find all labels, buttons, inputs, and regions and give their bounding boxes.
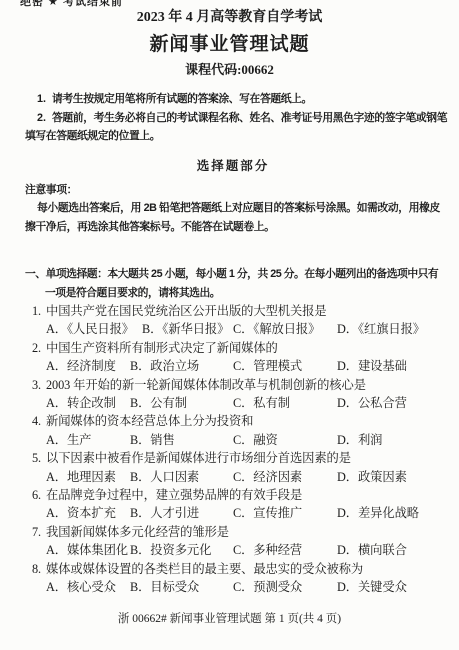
option-b: B．销售 bbox=[130, 431, 233, 449]
instruction-text: 请考生按规定用笔将所有试题的答案涂、写在答题纸上。 bbox=[52, 93, 312, 105]
option-c: C．预测受众 bbox=[233, 578, 337, 596]
course-code: 课程代码:00662 bbox=[0, 61, 459, 79]
option-d: D．横向联合 bbox=[337, 541, 441, 559]
question-item-5: 5.以下因素中被看作是新闻媒体进行市场细分首选因素的是 A．地理因素 B．人口因… bbox=[25, 449, 441, 486]
option-b: B．投资多元化 bbox=[130, 541, 233, 559]
instruction-text: 答题前，考生务必将自己的考试课程名称、姓名、准考证号用黑色字迹的签字笔或钢笔 bbox=[52, 112, 447, 124]
question-text: 2003 年开始的新一轮新闻媒体体制改革与机制创新的核心是 bbox=[46, 378, 366, 392]
notice-text-cont: 擦干净后，再选涂其他答案标号。不能答在试题卷上。 bbox=[25, 218, 441, 237]
question-text: 在品牌竞争过程中，建立强势品牌的有效手段是 bbox=[46, 488, 302, 502]
question-number: 1. bbox=[32, 302, 46, 320]
question-text: 中国生产资料所有制形式决定了新闻媒体的 bbox=[46, 341, 278, 355]
part-one-heading: 一、单项选择题：本大题共 25 小题，每小题 1 分，共 25 分。在每小题列出… bbox=[25, 265, 441, 302]
option-a: A．转企改制 bbox=[46, 394, 130, 412]
option-b: B．目标受众 bbox=[130, 578, 233, 596]
option-d: D．《红旗日报》 bbox=[337, 320, 441, 338]
option-b: B．人口因素 bbox=[130, 468, 233, 486]
question-text: 中国共产党在国民党统治区公开出版的大型机关报是 bbox=[46, 304, 327, 318]
option-d: D．政策因素 bbox=[337, 468, 441, 486]
instruction-item-1: 1.请考生按规定用笔将所有试题的答案涂、写在答题纸上。 bbox=[37, 90, 441, 109]
option-c: C．私有制 bbox=[233, 394, 337, 412]
options-row: A．经济制度 B．政治立场 C．管理模式 D．建设基础 bbox=[46, 357, 441, 375]
page-footer: 浙 00662# 新闻事业管理试题 第 1 页(共 4 页) bbox=[0, 611, 459, 627]
options-row: A．转企改制 B．公有制 C．私有制 D．公私合营 bbox=[46, 394, 441, 412]
question-text: 新闻媒体的资本经营总体上分为投资和 bbox=[46, 414, 253, 428]
options-row: A．生产 B．销售 C．融资 D．利润 bbox=[46, 431, 441, 449]
general-instructions: 1.请考生按规定用笔将所有试题的答案涂、写在答题纸上。 2.答题前，考生务必将自… bbox=[25, 90, 441, 146]
classification-banner: 绝密 ★ 考试结束前 bbox=[20, 0, 123, 9]
option-d: D．利润 bbox=[337, 431, 441, 449]
question-text: 我国新闻媒体多元化经营的雏形是 bbox=[46, 525, 229, 539]
option-c: C．多种经营 bbox=[233, 541, 337, 559]
notice-block: 注意事项： 每小题选出答案后，用 2B 铅笔把答题纸上对应题目的答案标号涂黑。如… bbox=[25, 181, 441, 237]
notice-label: 注意事项： bbox=[25, 181, 441, 200]
question-number: 8. bbox=[32, 560, 46, 578]
question-number: 2. bbox=[32, 339, 46, 357]
question-item-7: 7.我国新闻媒体多元化经营的雏形是 A．媒体集团化 B．投资多元化 C．多种经营… bbox=[25, 523, 441, 560]
part-one-heading-line-1: 一、单项选择题：本大题共 25 小题，每小题 1 分，共 25 分。在每小题列出… bbox=[25, 265, 441, 284]
option-b: B．公有制 bbox=[130, 394, 233, 412]
question-item-3: 3.2003 年开始的新一轮新闻媒体体制改革与机制创新的核心是 A．转企改制 B… bbox=[25, 376, 441, 413]
option-d: D．关键受众 bbox=[337, 578, 441, 596]
option-d: D．差异化战略 bbox=[337, 504, 441, 522]
exam-session-title: 2023 年 4 月高等教育自学考试 bbox=[0, 8, 459, 27]
options-row: A．媒体集团化 B．投资多元化 C．多种经营 D．横向联合 bbox=[46, 541, 441, 559]
question-number: 5. bbox=[32, 449, 46, 467]
question-text: 媒体或媒体设置的各类栏目的最主要、最忠实的受众被称为 bbox=[46, 562, 363, 576]
option-a: A．媒体集团化 bbox=[46, 541, 130, 559]
options-row: A．地理因素 B．人口因素 C．经济因素 D．政策因素 bbox=[46, 468, 441, 486]
question-number: 3. bbox=[32, 376, 46, 394]
notice-text: 每小题选出答案后，用 2B 铅笔把答题纸上对应题目的答案标号涂黑。如需改动，用橡… bbox=[37, 199, 441, 218]
paper-title: 新闻事业管理试题 bbox=[0, 31, 459, 58]
option-a: A．生产 bbox=[46, 431, 130, 449]
instruction-number: 2. bbox=[37, 112, 46, 124]
option-c: C．经济因素 bbox=[233, 468, 337, 486]
question-number: 6. bbox=[32, 486, 46, 504]
options-row: A．《人民日报》 B．《新华日报》 C．《解放日报》 D．《红旗日报》 bbox=[46, 320, 441, 338]
option-a: A．《人民日报》 bbox=[46, 320, 142, 338]
option-c: C．管理模式 bbox=[233, 357, 337, 375]
option-a: A．经济制度 bbox=[46, 357, 130, 375]
question-number: 4. bbox=[32, 412, 46, 430]
option-c: C．宣传推广 bbox=[233, 504, 337, 522]
question-item-1: 1.中国共产党在国民党统治区公开出版的大型机关报是 A．《人民日报》 B．《新华… bbox=[25, 302, 441, 339]
options-row: A．资本扩充 B．人才引进 C．宣传推广 D．差异化战略 bbox=[46, 504, 441, 522]
option-d: D．公私合营 bbox=[337, 394, 441, 412]
option-b: B．人才引进 bbox=[130, 504, 233, 522]
options-row: A．核心受众 B．目标受众 C．预测受众 D．关键受众 bbox=[46, 578, 441, 596]
question-item-4: 4.新闻媒体的资本经营总体上分为投资和 A．生产 B．销售 C．融资 D．利润 bbox=[25, 412, 441, 449]
question-number: 7. bbox=[32, 523, 46, 541]
option-c: C．融资 bbox=[233, 431, 337, 449]
option-a: A．资本扩充 bbox=[46, 504, 130, 522]
instruction-number: 1. bbox=[37, 93, 46, 105]
option-b: B．《新华日报》 bbox=[142, 320, 233, 338]
question-item-2: 2.中国生产资料所有制形式决定了新闻媒体的 A．经济制度 B．政治立场 C．管理… bbox=[25, 339, 441, 376]
part-one-heading-line-2: 一项是符合题目要求的，请将其选出。 bbox=[45, 284, 441, 303]
section-heading: 选择题部分 bbox=[25, 157, 441, 176]
option-a: A．核心受众 bbox=[46, 578, 130, 596]
option-b: B．政治立场 bbox=[130, 357, 233, 375]
option-c: C．《解放日报》 bbox=[233, 320, 337, 338]
question-item-6: 6.在品牌竞争过程中，建立强势品牌的有效手段是 A．资本扩充 B．人才引进 C．… bbox=[25, 486, 441, 523]
question-item-8: 8.媒体或媒体设置的各类栏目的最主要、最忠实的受众被称为 A．核心受众 B．目标… bbox=[25, 560, 441, 597]
instruction-item-2: 2.答题前，考生务必将自己的考试课程名称、姓名、准考证号用黑色字迹的签字笔或钢笔 bbox=[37, 109, 441, 128]
question-text: 以下因素中被看作是新闻媒体进行市场细分首选因素的是 bbox=[46, 451, 351, 465]
option-a: A．地理因素 bbox=[46, 468, 130, 486]
instruction-item-2-cont: 填写在答题纸规定的位置上。 bbox=[25, 127, 441, 146]
option-d: D．建设基础 bbox=[337, 357, 441, 375]
